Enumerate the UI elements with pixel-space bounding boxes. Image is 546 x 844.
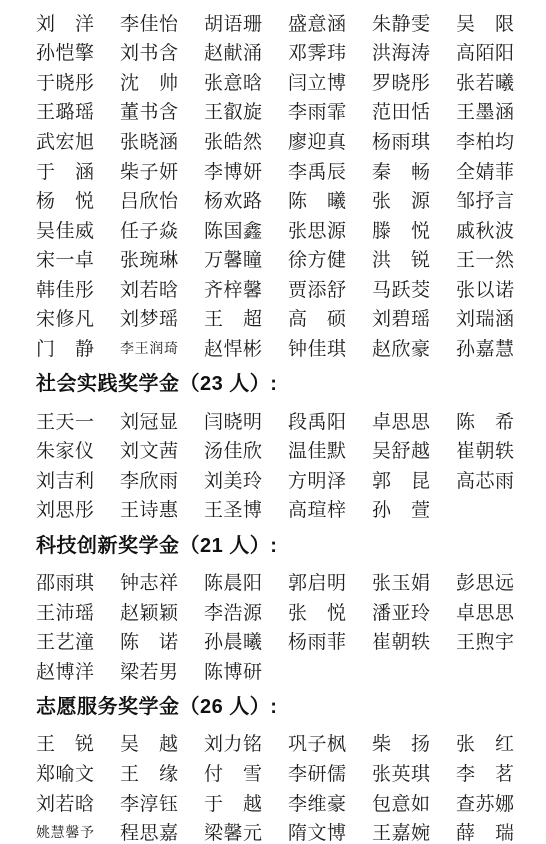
student-name: 查苏娜 (456, 790, 514, 820)
name-row: 杨悦吕欣怡杨欢路陈曦张源邹抒言 (36, 187, 546, 217)
name-row: 刘洋李佳怡胡语珊盛意涵朱静雯吴限 (36, 9, 546, 39)
student-name: 王墨涵 (456, 98, 514, 128)
student-name: 闫晓明 (204, 408, 262, 438)
student-name: 张红 (456, 730, 514, 760)
name-row: 姚慧馨予程思嘉梁馨元隋文博王嘉婉薛瑞 (36, 819, 546, 844)
student-name: 刘碧瑶 (372, 305, 430, 335)
student-name: 刘书含 (120, 39, 178, 69)
name-row: 于晓彤沈帅张意晗闫立博罗晓彤张若曦 (36, 68, 546, 98)
student-name: 刘文茜 (120, 437, 178, 467)
student-name: 赵博洋 (36, 658, 94, 688)
student-name: 程思嘉 (120, 819, 178, 844)
student-name: 张悦 (288, 599, 346, 629)
student-name: 洪锐 (372, 246, 430, 276)
student-name: 柴子妍 (120, 158, 178, 188)
student-name: 王天一 (36, 408, 94, 438)
student-name: 赵献涌 (204, 39, 262, 69)
student-name: 董书含 (120, 98, 178, 128)
student-name: 张以诺 (456, 276, 514, 306)
student-name: 吴限 (456, 10, 514, 40)
student-name: 陈博研 (204, 658, 262, 688)
student-name: 孙恺擎 (36, 39, 94, 69)
student-name: 沈帅 (120, 69, 178, 99)
student-name: 邵雨琪 (36, 569, 94, 599)
student-name: 郑喻文 (36, 760, 94, 790)
name-row: 王沛瑶赵颖颖李浩源张悦潘亚玲卓思思 (36, 598, 546, 628)
student-name: 万馨瞳 (204, 246, 262, 276)
student-name: 崔朝轶 (372, 628, 430, 658)
student-name: 邹抒言 (456, 187, 514, 217)
student-name: 齐梓馨 (204, 276, 262, 306)
name-row: 韩佳彤刘若晗齐梓馨贾添舒马跃茭张以诺 (36, 275, 546, 305)
student-name: 赵颖颖 (120, 599, 178, 629)
student-name: 潘亚玲 (372, 599, 430, 629)
student-name: 彭思远 (456, 569, 514, 599)
student-name: 宋修凡 (36, 305, 94, 335)
student-name: 赵欣豪 (372, 335, 430, 365)
student-name: 刘冠显 (120, 408, 178, 438)
student-name: 姚慧馨予 (36, 819, 94, 844)
student-name: 陈诺 (120, 628, 178, 658)
name-row: 王璐瑶董书含王叡旋李雨霏范田恬王墨涵 (36, 98, 546, 128)
student-name: 李柏均 (456, 128, 514, 158)
student-name: 滕悦 (372, 217, 430, 247)
student-name: 高瑄梓 (288, 496, 346, 526)
student-name: 刘美玲 (204, 467, 262, 497)
student-name: 钟佳琪 (288, 335, 346, 365)
student-name: 任子焱 (120, 217, 178, 247)
name-row: 朱家仪刘文茜汤佳欣温佳默吴舒越崔朝轶 (36, 437, 546, 467)
student-name: 宋一卓 (36, 246, 94, 276)
scholarship-award-document: 刘洋李佳怡胡语珊盛意涵朱静雯吴限孙恺擎刘书含赵献涌邓霁玮洪海涛高陌阳于晓彤沈帅张… (0, 0, 546, 844)
student-name: 付雪 (204, 760, 262, 790)
student-name: 张源 (372, 187, 430, 217)
student-name: 王圣博 (204, 496, 262, 526)
student-name: 王超 (204, 305, 262, 335)
student-name: 王沛瑶 (36, 599, 94, 629)
student-name: 邓霁玮 (288, 39, 346, 69)
student-name: 方明泽 (288, 467, 346, 497)
student-name: 巩子枫 (288, 730, 346, 760)
student-name: 张皓然 (204, 128, 262, 158)
student-name: 王诗惠 (120, 496, 178, 526)
student-name: 陈希 (456, 408, 514, 438)
student-name: 陈国鑫 (204, 217, 262, 247)
student-name: 王嘉婉 (372, 819, 430, 844)
name-row: 王天一刘冠显闫晓明段禹阳卓思思陈希 (36, 407, 546, 437)
name-row: 王锐吴越刘力铭巩子枫柴扬张红 (36, 730, 546, 760)
student-name: 张意晗 (204, 69, 262, 99)
student-name: 门静 (36, 335, 94, 365)
student-name: 杨雨菲 (288, 628, 346, 658)
student-name: 郭昆 (372, 467, 430, 497)
student-name: 李欣雨 (120, 467, 178, 497)
student-name: 刘吉利 (36, 467, 94, 497)
name-row: 宋一卓张琬琳万馨瞳徐方健洪锐王一然 (36, 246, 546, 276)
student-name: 韩佳彤 (36, 276, 94, 306)
name-row: 武宏旭张晓涵张皓然廖迎真杨雨琪李柏均 (36, 127, 546, 157)
name-row: 刘吉利李欣雨刘美玲方明泽郭昆高芯雨 (36, 466, 546, 496)
student-name: 吴越 (120, 730, 178, 760)
student-name: 陈晨阳 (204, 569, 262, 599)
name-row: 邵雨琪钟志祥陈晨阳郭启明张玉娟彭思远 (36, 569, 546, 599)
student-name: 汤佳欣 (204, 437, 262, 467)
student-name: 秦畅 (372, 158, 430, 188)
student-name: 李维豪 (288, 790, 346, 820)
student-name: 李淳钰 (120, 790, 178, 820)
student-name: 刘思彤 (36, 496, 94, 526)
student-name: 刘力铭 (204, 730, 262, 760)
student-name: 范田恬 (372, 98, 430, 128)
student-name: 于涵 (36, 158, 94, 188)
student-name: 吴舒越 (372, 437, 430, 467)
name-row: 王艺潼陈诺孙晨曦杨雨菲崔朝轶王煦宇 (36, 628, 546, 658)
name-row: 门静李王润琦赵悍彬钟佳琪赵欣豪孙嘉慧 (36, 335, 546, 365)
student-name: 卓思思 (456, 599, 514, 629)
student-name: 王煦宇 (456, 628, 514, 658)
student-name: 刘瑞涵 (456, 305, 514, 335)
student-name: 李博妍 (204, 158, 262, 188)
student-name: 于越 (204, 790, 262, 820)
student-name: 李茗 (456, 760, 514, 790)
student-name: 崔朝轶 (456, 437, 514, 467)
student-name: 钟志祥 (120, 569, 178, 599)
name-row: 孙恺擎刘书含赵献涌邓霁玮洪海涛高陌阳 (36, 39, 546, 69)
student-name: 王叡旋 (204, 98, 262, 128)
student-name: 廖迎真 (288, 128, 346, 158)
student-name: 刘洋 (36, 10, 94, 40)
student-name: 柴扬 (372, 730, 430, 760)
student-name: 高陌阳 (456, 39, 514, 69)
student-name: 于晓彤 (36, 69, 94, 99)
student-name: 闫立博 (288, 69, 346, 99)
student-name: 李禹辰 (288, 158, 346, 188)
name-row: 于涵柴子妍李博妍李禹辰秦畅全婧菲 (36, 157, 546, 187)
student-name: 温佳默 (288, 437, 346, 467)
student-name: 吴佳威 (36, 217, 94, 247)
student-name: 张思源 (288, 217, 346, 247)
section-header-volunteer-service-scholarship: 志愿服务奖学金（26 人）: (36, 696, 546, 718)
student-name: 刘若晗 (36, 790, 94, 820)
student-name: 张琬琳 (120, 246, 178, 276)
student-name: 高芯雨 (456, 467, 514, 497)
student-name: 王缘 (120, 760, 178, 790)
student-name: 张玉娟 (372, 569, 430, 599)
name-row: 宋修凡刘梦瑶王超高硕刘碧瑶刘瑞涵 (36, 305, 546, 335)
student-name: 朱家仪 (36, 437, 94, 467)
student-name: 武宏旭 (36, 128, 94, 158)
student-name: 贾添舒 (288, 276, 346, 306)
name-row: 刘若晗李淳钰于越李维豪包意如查苏娜 (36, 789, 546, 819)
student-name: 隋文博 (288, 819, 346, 844)
student-name: 陈曦 (288, 187, 346, 217)
student-name: 戚秋波 (456, 217, 514, 247)
student-name: 郭启明 (288, 569, 346, 599)
student-name: 孙嘉慧 (456, 335, 514, 365)
student-name: 杨悦 (36, 187, 94, 217)
student-name: 李佳怡 (120, 10, 178, 40)
student-name: 王璐瑶 (36, 98, 94, 128)
name-row: 赵博洋梁若男陈博研 (36, 657, 546, 687)
student-name: 张英琪 (372, 760, 430, 790)
scholarship-sections: 刘洋李佳怡胡语珊盛意涵朱静雯吴限孙恺擎刘书含赵献涌邓霁玮洪海涛高陌阳于晓彤沈帅张… (36, 9, 546, 844)
student-name: 梁馨元 (204, 819, 262, 844)
student-name: 洪海涛 (372, 39, 430, 69)
student-name: 李王润琦 (120, 335, 178, 365)
student-name: 孙晨曦 (204, 628, 262, 658)
student-name: 梁若男 (120, 658, 178, 688)
student-name: 张晓涵 (120, 128, 178, 158)
student-name: 张若曦 (456, 69, 514, 99)
student-name: 马跃茭 (372, 276, 430, 306)
student-name: 刘若晗 (120, 276, 178, 306)
student-name: 李雨霏 (288, 98, 346, 128)
name-row: 刘思彤王诗惠王圣博高瑄梓孙萱 (36, 496, 546, 526)
student-name: 孙萱 (372, 496, 430, 526)
section-header-tech-innovation-scholarship: 科技创新奖学金（21 人）: (36, 535, 546, 557)
student-name: 李研儒 (288, 760, 346, 790)
student-name: 吕欣怡 (120, 187, 178, 217)
student-name: 卓思思 (372, 408, 430, 438)
student-name: 杨欢路 (204, 187, 262, 217)
student-name: 高硕 (288, 305, 346, 335)
name-row: 吴佳威任子焱陈国鑫张思源滕悦戚秋波 (36, 216, 546, 246)
student-name: 盛意涵 (288, 10, 346, 40)
student-name: 王锐 (36, 730, 94, 760)
student-name: 朱静雯 (372, 10, 430, 40)
section-header-social-practice-scholarship: 社会实践奖学金（23 人）: (36, 373, 546, 395)
student-name: 刘梦瑶 (120, 305, 178, 335)
student-name: 赵悍彬 (204, 335, 262, 365)
student-name: 王一然 (456, 246, 514, 276)
student-name: 段禹阳 (288, 408, 346, 438)
student-name: 全婧菲 (456, 158, 514, 188)
student-name: 包意如 (372, 790, 430, 820)
student-name: 胡语珊 (204, 10, 262, 40)
student-name: 王艺潼 (36, 628, 94, 658)
student-name: 李浩源 (204, 599, 262, 629)
student-name: 杨雨琪 (372, 128, 430, 158)
student-name: 薛瑞 (456, 819, 514, 844)
name-row: 郑喻文王缘付雪李研儒张英琪李茗 (36, 759, 546, 789)
student-name: 罗晓彤 (372, 69, 430, 99)
student-name: 徐方健 (288, 246, 346, 276)
